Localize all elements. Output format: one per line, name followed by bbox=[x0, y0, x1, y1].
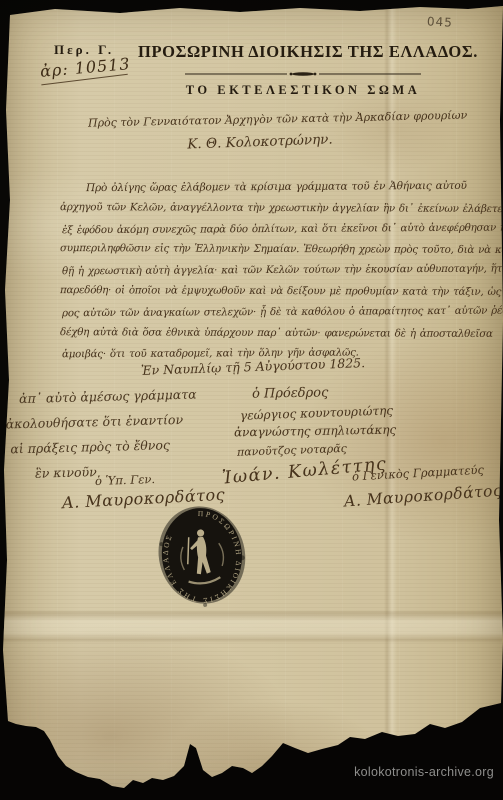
protocol-number: ἀρ: 10513 bbox=[39, 54, 131, 81]
president-label: ὁ Πρόεδρος bbox=[252, 385, 329, 401]
document-paper: Περ. Γ. ἀρ: 10513 ΠΡΟΣΩΡΙΝΗ ΔΙΟΙΚΗΣΙΣ ΤΗ… bbox=[0, 0, 503, 800]
document-title: ΠΡΟΣΩΡΙΝΗ ΔΙΟΙΚΗΣΙΣ ΤΗΣ ΕΛΛΑΔΟΣ. bbox=[128, 42, 488, 62]
archive-watermark: kolokotronis-archive.org bbox=[354, 765, 494, 779]
executive-body-subtitle: ΤΟ ΕΚΤΕΛΕΣΤΙΚΟΝ ΣΩΜΑ bbox=[148, 83, 458, 98]
address-line-2: Κ. Θ. Κολοκοτρώνην. bbox=[150, 130, 370, 154]
body-line: συμπεριληφθῶσιν εἰς τὴν Ἑλληνικὴν Σημαία… bbox=[60, 238, 484, 261]
margin-note-line: αἱ πράξεις πρὸς τὸ ἔθνος bbox=[10, 431, 198, 461]
body-line: ἀρχηγοῦ τῶν Κελῶν, ἀναγγέλλοντα τὴν χρεω… bbox=[60, 197, 484, 220]
address-line-1: Πρὸς τὸν Γενναιότατον Ἀρχηγὸν τῶν κατὰ τ… bbox=[88, 109, 433, 129]
margin-note: ἀπ᾿ αὐτὸ ἀμέσως γράμματαἀκολουθήσατε ὅτι… bbox=[5, 382, 199, 487]
page-number: 045 bbox=[427, 14, 454, 29]
body-line: θῇ ἡ χρεωστικὴ αὐτὴ ἀγγελία· καὶ τῶν Κελ… bbox=[62, 259, 486, 282]
government-seal: ΠΡΟΣΩΡΙΝΗ ΔΙΟΙΚΗΣΙΣ ΤΗΣ ΕΛΛΑΔΟΣ bbox=[144, 495, 259, 617]
body-line: δέχθη αὐτὰ διὰ ὅσα ἐθνικὰ ὑπάρχουν παρ᾿ … bbox=[60, 322, 484, 345]
body-text: Πρὸ ὀλίγης ὥρας ἐλάβομεν τὰ κρίσιμα γράμ… bbox=[62, 177, 486, 364]
body-line: ἐξ ἐφόδου ἀκόμη συνεχῶς παρὰ δύο ὁπλίτων… bbox=[62, 217, 486, 240]
photo-background: Περ. Γ. ἀρ: 10513 ΠΡΟΣΩΡΙΝΗ ΔΙΟΙΚΗΣΙΣ ΤΗ… bbox=[0, 0, 503, 800]
secretary-signature: Α. Μαυροκορδάτος bbox=[344, 482, 503, 511]
body-line: ρος αὐτῶν τῶν ἀναγκαίων στελεχῶν· ᾗ δὲ τ… bbox=[62, 300, 486, 323]
body-line: Πρὸ ὀλίγης ὥρας ἐλάβομεν τὰ κρίσιμα γράμ… bbox=[62, 176, 486, 199]
divider-ornament bbox=[183, 70, 423, 78]
body-line: παρεδόθη· οἱ ὁποῖοι νὰ ἐμψυχωθοῦν καὶ νὰ… bbox=[60, 280, 484, 303]
margin-signoff-label: ὁ Ὑπ. Γεν. bbox=[95, 472, 155, 488]
